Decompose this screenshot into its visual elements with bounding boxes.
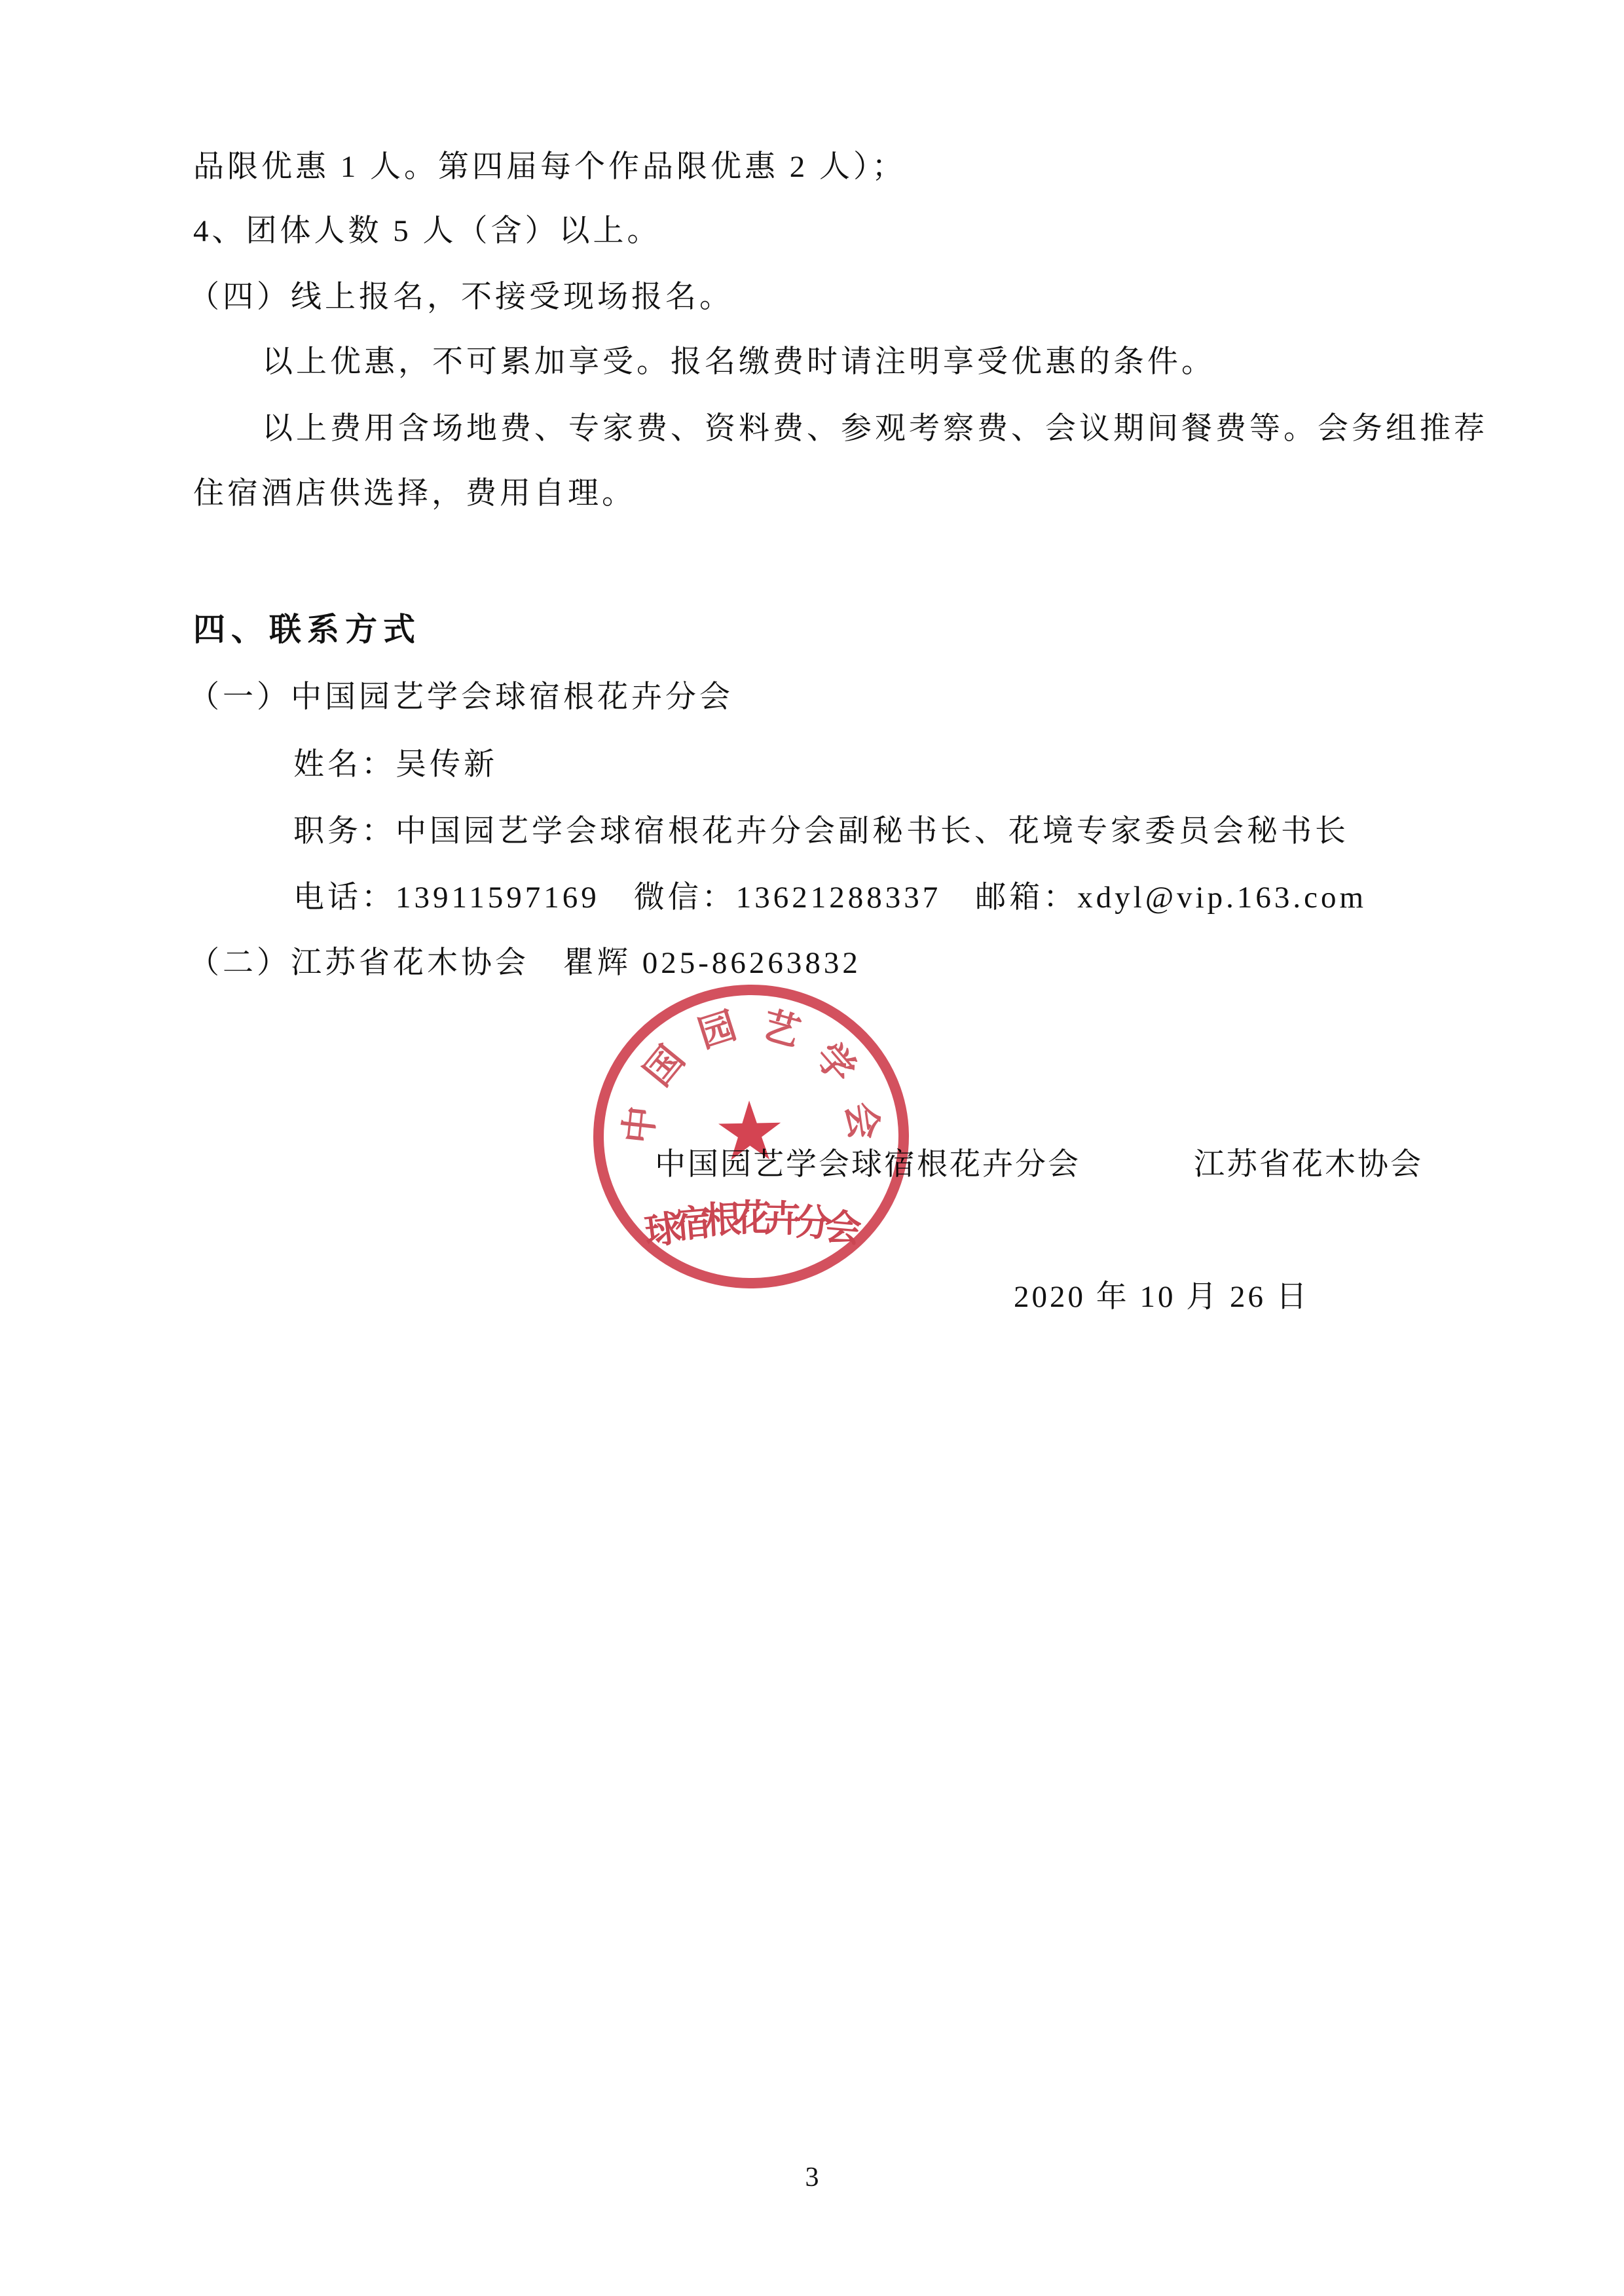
paragraph-line-1: 品限优惠 1 人。第四届每个作品限优惠 2 人）； — [193, 147, 906, 187]
svg-text:会: 会 — [838, 1100, 884, 1142]
section-heading: 四、联系方式 — [193, 610, 421, 650]
svg-text:学: 学 — [807, 1036, 862, 1091]
svg-text:艺: 艺 — [758, 1004, 805, 1054]
svg-text:国: 国 — [637, 1039, 693, 1094]
paragraph-line-5: 以上费用含场地费、专家费、资料费、参观考察费、会议期间餐费等。会务组推荐 — [262, 409, 1488, 449]
svg-text:中: 中 — [618, 1104, 663, 1146]
svg-text:园: 园 — [693, 1005, 741, 1055]
paragraph-line-4: 以上优惠，不可累加享受。报名缴费时请注明享受优惠的条件。 — [262, 342, 1215, 382]
contact-title-line: 职务：中国园艺学会球宿根花卉分会副秘书长、花境专家委员会秘书长 — [293, 811, 1349, 852]
svg-text:会: 会 — [823, 1206, 863, 1250]
paragraph-line-3: （四）线上报名，不接受现场报名。 — [189, 277, 733, 318]
contact-name-line: 姓名：吴传新 — [293, 744, 498, 785]
paragraph-line-2: 4、团体人数 5 人（含）以上。 — [193, 211, 661, 251]
contact-org2-line: （二）江苏省花木协会 瞿辉 025-86263832 — [189, 943, 861, 983]
official-seal: 中国园艺学会 球宿根花卉分会 — [585, 977, 917, 1297]
signature-org-2: 江苏省花木协会 — [1194, 1144, 1423, 1185]
date-line: 2020 年 10 月 26 日 — [1014, 1277, 1310, 1317]
seal-star-icon — [718, 1100, 781, 1160]
contact-phone-line: 电话：13911597169 微信：13621288337 邮箱：xdyl@vi… — [293, 877, 1367, 918]
document-page: 品限优惠 1 人。第四届每个作品限优惠 2 人）； 4、团体人数 5 人（含）以… — [0, 0, 1624, 2296]
paragraph-line-6: 住宿酒店供选择，费用自理。 — [193, 473, 636, 514]
page-number: 3 — [0, 2162, 1624, 2193]
seal-bottom-text: 球宿根花卉分会 — [642, 1195, 864, 1254]
contact-org-line: （一）中国园艺学会球宿根花卉分会 — [189, 677, 733, 718]
